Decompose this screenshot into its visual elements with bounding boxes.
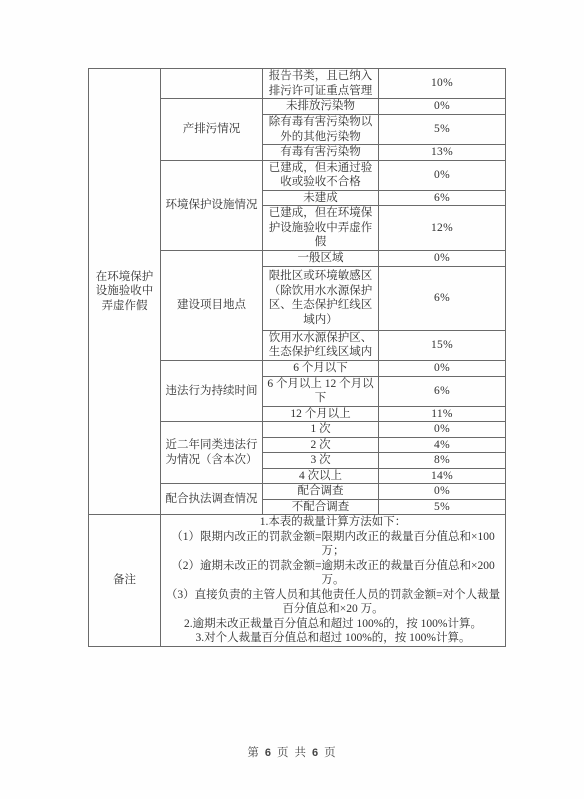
percentage-cell: 6% — [379, 376, 506, 406]
condition-cell: 4 次以上 — [263, 468, 379, 484]
percentage-cell: 5% — [379, 499, 506, 515]
condition-cell: 6 个月以下 — [263, 360, 379, 376]
remark-line: 2.逾期未改正裁量百分值总和超过 100%的，按 100%计算。 — [163, 617, 503, 632]
percentage-cell: 6% — [379, 190, 506, 206]
percentage-cell: 0% — [379, 160, 506, 190]
condition-cell: 饮用水水源保护区、生态保护红线区域内 — [263, 330, 379, 360]
percentage-cell: 5% — [379, 115, 506, 145]
condition-cell: 不配合调查 — [263, 499, 379, 515]
factor-group-cell: 建设项目地点 — [161, 251, 263, 361]
percentage-cell: 15% — [379, 330, 506, 360]
condition-cell: 12 个月以上 — [263, 406, 379, 422]
percentage-cell: 12% — [379, 206, 506, 251]
factor-group-cell: 近二年同类违法行为情况（含本次） — [161, 422, 263, 484]
violation-type-cell: 在环境保护设施验收中弄虚作假 — [89, 69, 161, 515]
percentage-cell: 0% — [379, 484, 506, 500]
factor-group-cell: 环境保护设施情况 — [161, 160, 263, 251]
condition-cell: 3 次 — [263, 453, 379, 469]
condition-cell: 限批区或环境敏感区（除饮用水水源保护区、生态保护红线区域内） — [263, 266, 379, 330]
condition-cell: 已建成，但在环境保护设施验收中弄虚作假 — [263, 206, 379, 251]
condition-cell: 未排放污染物 — [263, 99, 379, 115]
footer-text: 共 — [295, 747, 308, 759]
penalty-discretion-table: 在环境保护设施验收中弄虚作假 报告书类，且已纳入排污许可证重点管理 10% 产排… — [88, 68, 506, 647]
footer-text: 页 — [324, 747, 337, 759]
remark-line: （3）直接负责的主管人员和其他责任人员的罚款金额=对个人裁量百分值总和×20 万… — [163, 588, 503, 617]
footer-total-pages: 6 — [312, 747, 319, 759]
condition-cell: 配合调查 — [263, 484, 379, 500]
condition-cell: 报告书类，且已纳入排污许可证重点管理 — [263, 69, 379, 99]
page-number-footer: 第6页共6页 — [0, 744, 584, 760]
footer-text: 第 — [247, 747, 260, 759]
percentage-cell: 0% — [379, 360, 506, 376]
condition-cell: 未建成 — [263, 190, 379, 206]
percentage-cell: 0% — [379, 422, 506, 438]
condition-cell: 1 次 — [263, 422, 379, 438]
percentage-cell: 6% — [379, 266, 506, 330]
remark-line: （1）限期内改正的罚款金额=限期内改正的裁量百分值总和×100 万； — [163, 530, 503, 559]
condition-cell: 一般区域 — [263, 251, 379, 267]
percentage-cell: 8% — [379, 453, 506, 469]
remarks-content-cell: 1.本表的裁量计算方法如下： （1）限期内改正的罚款金额=限期内改正的裁量百分值… — [161, 515, 506, 647]
percentage-cell: 13% — [379, 145, 506, 161]
condition-cell: 除有毒有害污染物以外的其他污染物 — [263, 115, 379, 145]
factor-group-cell: 配合执法调查情况 — [161, 484, 263, 515]
factor-group-cell: 违法行为持续时间 — [161, 360, 263, 422]
remark-line: 1.本表的裁量计算方法如下： — [163, 515, 503, 530]
condition-cell: 2 次 — [263, 437, 379, 453]
condition-cell: 6 个月以上 12 个月以下 — [263, 376, 379, 406]
remarks-label-cell: 备注 — [89, 515, 161, 647]
condition-cell: 有毒有害污染物 — [263, 145, 379, 161]
percentage-cell: 11% — [379, 406, 506, 422]
percentage-cell: 10% — [379, 69, 506, 99]
percentage-cell: 14% — [379, 468, 506, 484]
factor-group-cell: 产排污情况 — [161, 99, 263, 161]
percentage-cell: 0% — [379, 251, 506, 267]
percentage-cell: 0% — [379, 99, 506, 115]
document-page: 在环境保护设施验收中弄虚作假 报告书类，且已纳入排污许可证重点管理 10% 产排… — [0, 0, 584, 799]
footer-page-number: 6 — [265, 747, 272, 759]
factor-empty-cell — [161, 69, 263, 99]
percentage-cell: 4% — [379, 437, 506, 453]
remark-line: 3.对个人裁量百分值总和超过 100%的，按 100%计算。 — [163, 631, 503, 646]
footer-text: 页 — [277, 747, 290, 759]
remark-line: （2）逾期未改正的罚款金额=逾期未改正的裁量百分值总和×200 万。 — [163, 559, 503, 588]
condition-cell: 已建成，但未通过验收或验收不合格 — [263, 160, 379, 190]
